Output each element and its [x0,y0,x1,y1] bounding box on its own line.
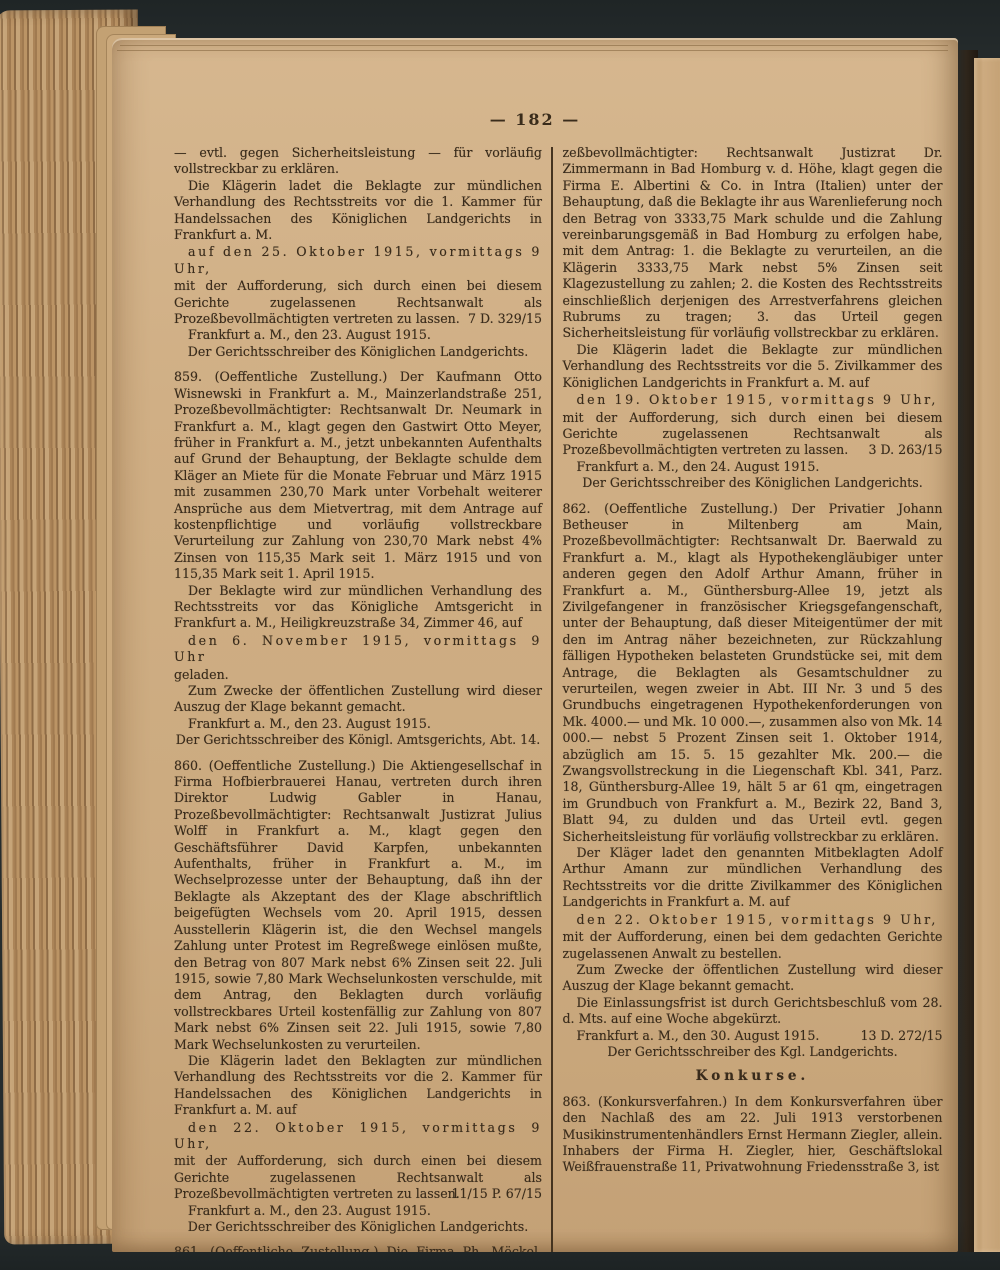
scanned-book-photo: — 182 — — evtl. gegen Sicherheitsleistun… [0,0,1000,1270]
notice-859-place-date: Frankfurt a. M., den 23. August 1915. [174,716,542,732]
notice-862-deadline: Die Einlassungsfrist ist durch Gerichtsb… [563,995,943,1028]
notice-858-place-date: Frankfurt a. M., den 23. August 1915. [174,327,542,343]
notice-861-place-date: Frankfurt a. M., den 24. August 1915. [563,459,943,475]
notice-860-signature: Der Gerichtsschreiber des Königlichen La… [174,1219,542,1235]
notice-858-signature: Der Gerichtsschreiber des Königlichen La… [174,344,542,360]
gazette-page: — 182 — — evtl. gegen Sicherheitsleistun… [112,38,958,1252]
notice-860-summons: Die Klägerin ladet den Beklagten zur mün… [174,1053,542,1119]
column-rule [551,147,553,1252]
notice-858-continuation: — evtl. gegen Sicherheitsleistung — für … [174,145,542,178]
adjacent-page-sliver [974,58,1000,1252]
notice-861-signature: Der Gerichtsschreiber des Königlichen La… [563,475,943,491]
notice-860-place-date: Frankfurt a. M., den 23. August 1915. [174,1203,542,1219]
notice-859-summons: Der Beklagte wird zur mündlichen Verhand… [174,583,542,632]
notice-861-continuation: zeßbevollmächtigter: Rechtsanwalt Justiz… [563,145,943,342]
notice-861-hearing-date: den 19. Oktober 1915, vormittags 9 Uhr, [563,392,943,408]
notice-862-publication: Zum Zwecke der öffentlichen Zustellung w… [563,962,943,995]
notice-862-hearing-date: den 22. Oktober 1915, vormittags 9 Uhr, [563,912,943,928]
notice-859: 859. (Oeffentliche Zustellung.) Der Kauf… [174,369,542,582]
notice-862-summons: Der Kläger ladet den genannten Mitbeklag… [563,845,943,911]
notice-859-publication: Zum Zwecke der öffentlichen Zustellung w… [174,683,542,716]
notice-860: 860. (Oeffentliche Zustellung.) Die Akti… [174,758,542,1053]
notice-859-signature: Der Gerichtsschreiber des Königl. Amtsge… [174,732,542,748]
konkurse-heading: Konkurse. [563,1068,943,1084]
text-columns: — evtl. gegen Sicherheitsleistung — für … [112,145,958,1252]
notice-858-hearing-date: auf den 25. Oktober 1915, vormittags 9 U… [174,244,542,277]
right-column: zeßbevollmächtigter: Rechtsanwalt Justiz… [563,145,943,1252]
notice-859-geladen: geladen. [174,667,542,683]
notice-863-start: 863. (Konkursverfahren.) In dem Konkursv… [563,1094,943,1176]
notice-862: 862. (Oeffentliche Zustellung.) Der Priv… [563,501,943,846]
notice-862-signature: Der Gerichtsschreiber des Kgl. Landgeric… [563,1044,943,1060]
page-number: — 182 — [112,110,958,129]
notice-861-start: 861. (Oeffentliche Zustellung.) Die Firm… [174,1244,542,1252]
notice-859-hearing-date: den 6. November 1915, vormittags 9 Uhr [174,633,542,666]
notice-862-instruction: mit der Aufforderung, einen bei dem geda… [563,929,943,962]
notice-858-summons: Die Klägerin ladet die Beklagte zur münd… [174,178,542,244]
notice-861-summons: Die Klägerin ladet die Beklagte zur münd… [563,342,943,391]
sheet-edge-line [117,50,948,51]
left-column: — evtl. gegen Sicherheitsleistung — für … [174,145,542,1252]
sheet-edge-line [120,45,948,46]
notice-860-hearing-date: den 22. Oktober 1915, vormittags 9 Uhr, [174,1120,542,1153]
